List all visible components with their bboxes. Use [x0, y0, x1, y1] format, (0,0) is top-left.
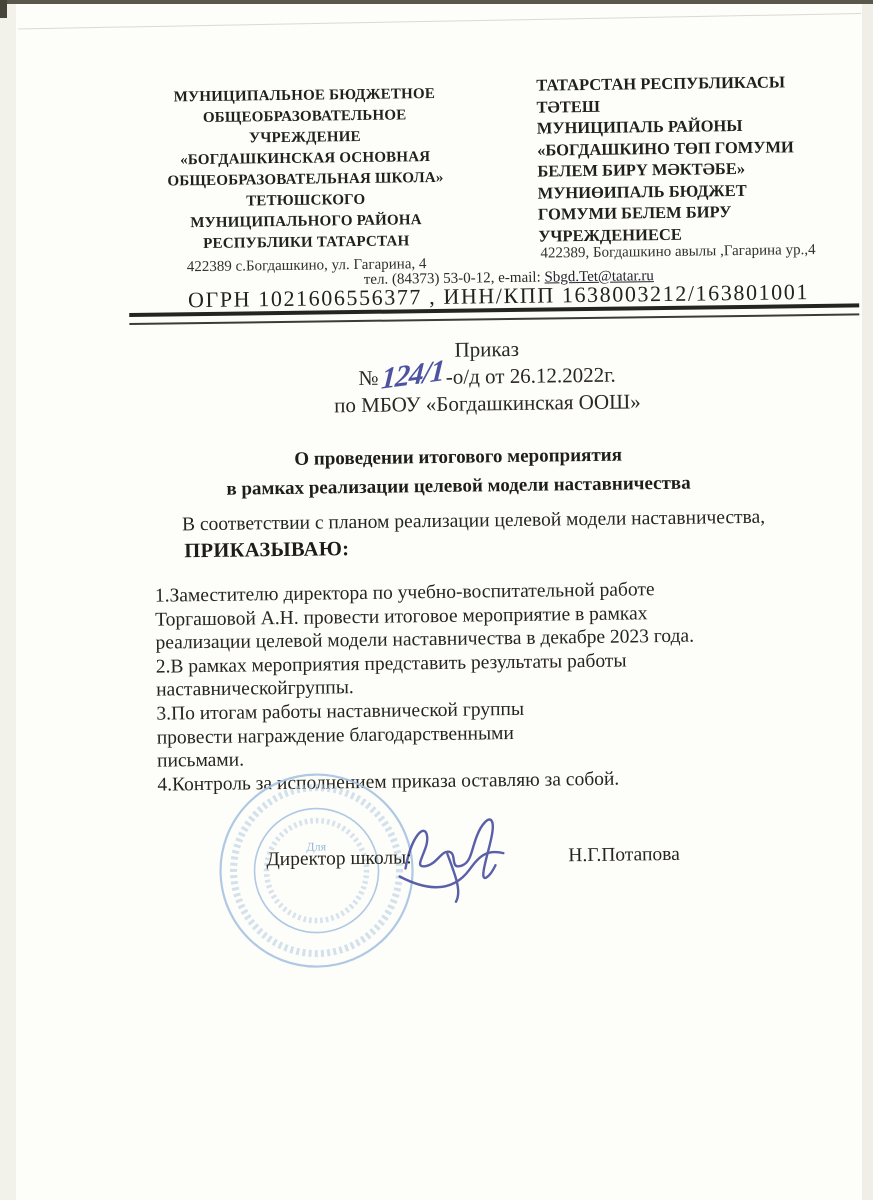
order-number-date: -о/д от 26.12.2022г. — [446, 363, 616, 389]
order-number-sign: № — [358, 366, 378, 390]
signature-name: Н.Г.Потапова — [568, 844, 680, 867]
letterhead-russian-org-name: МУНИЦИПАЛЬНОЕ БЮДЖЕТНОЕ ОБЩЕОБРАЗОВАТЕЛЬ… — [143, 84, 467, 256]
handwritten-order-number: 124/1 — [382, 371, 445, 380]
document-content: МУНИЦИПАЛЬНОЕ БЮДЖЕТНОЕ ОБЩЕОБРАЗОВАТЕЛЬ… — [0, 0, 873, 1200]
order-item-3: 3.По итогам работы наставнической группы… — [156, 693, 857, 773]
order-subject: О проведении итогового мероприятия в рам… — [128, 439, 789, 505]
order-decree-word: ПРИКАЗЫВАЮ: — [184, 538, 349, 563]
order-heading: Приказ №124/1-о/д от 26.12.2022г. по МБО… — [287, 334, 688, 420]
order-preamble: В соответствии с планом реализации целев… — [182, 505, 872, 536]
order-item-1: 1.Заместителю директора по учебно-воспит… — [155, 576, 856, 656]
letterhead-tatar-org-name: ТАТАРСТАН РЕСПУБЛИКАСЫ ТӘТЕШ МУНИЦИПАЛЬ … — [536, 70, 868, 246]
signature-role-label: Директор школы: — [266, 847, 412, 871]
order-items-list: 1.Заместителю директора по учебно-воспит… — [155, 576, 858, 797]
letterhead-tatar-address: 422389, Богдашкино авылы ,Гагарина ур.,4 — [540, 242, 815, 263]
order-org-line: по МБОУ «Богдашкинская ООШ» — [287, 388, 687, 420]
